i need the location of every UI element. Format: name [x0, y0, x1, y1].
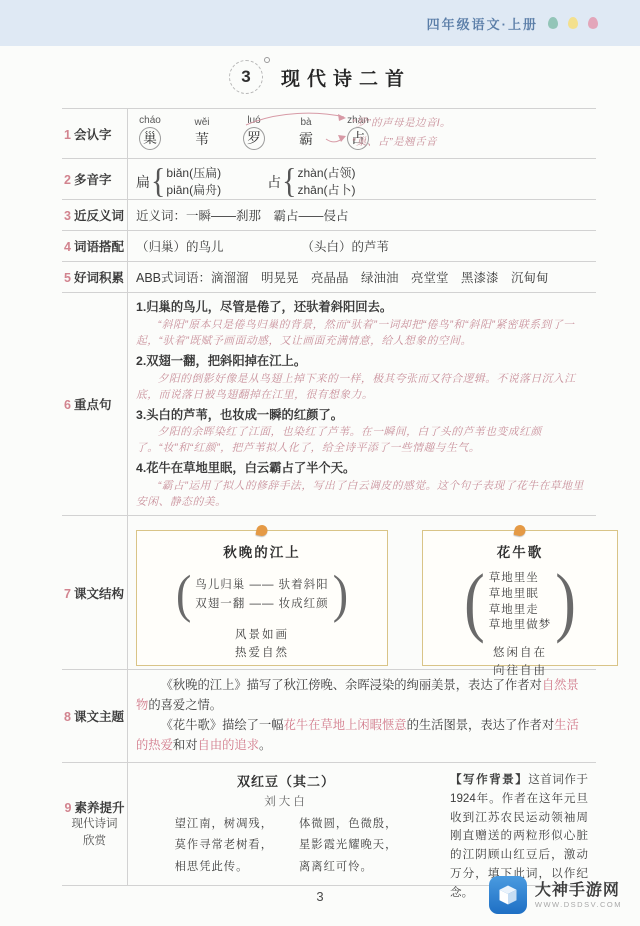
- structure-box-huaniu: 花牛歌 ( 草地里坐 草地里眠 草地里走 草地里做梦 ): [422, 530, 618, 666]
- note-line: “罗”的声母是边音l。: [352, 114, 451, 133]
- row-jinfan-content: 近义词：一瞬——刹那 霸占——侵占: [128, 200, 596, 230]
- summary-line: 悠闲自在: [493, 645, 547, 663]
- watermark-name: 大神手游网: [535, 881, 622, 900]
- lesson-number-circle: 3: [229, 60, 263, 94]
- theme-paragraph: 《花牛歌》描绘了一幅花牛在草地上闲暇惬意的生活图景，表达了作者对生活的热爱和对自…: [136, 716, 588, 756]
- verse-line: 离离红可怜。: [299, 857, 397, 878]
- polyphone-options: biǎn(压扁) piān(扁舟): [166, 165, 221, 200]
- structure-title: 秋晚的江上: [223, 541, 301, 561]
- polyphone-option: zhàn(占领): [298, 165, 356, 182]
- watermark-url: WWW.DSDSV.COM: [535, 900, 622, 909]
- row-number: 1: [64, 128, 71, 142]
- row-haoci-label: 5好词积累: [62, 262, 128, 292]
- theme-paragraph: 《秋晚的江上》描写了秋江傍晚、余晖浸染的绚丽美景，表达了作者对自然景物的喜爱之情…: [136, 676, 588, 716]
- structure-box-qiuwan: 秋晚的江上 ( 鸟儿归巢 —— 驮着斜阳 双翅一翻 —— 妆成红颜 ) 风景如画…: [136, 530, 388, 666]
- polyphone-option: zhān(占卜): [298, 182, 356, 199]
- theme-text: 的生活图景，表达了作者对: [407, 718, 555, 732]
- pushpin-icon: [255, 524, 268, 537]
- structure-line: 草地里做梦: [489, 618, 552, 634]
- row-duoyin-content: 扁 { biǎn(压扁) piān(扁舟) 占 { zhàn(占领) zhān(…: [128, 159, 596, 199]
- verse-line: 莫作寻常老树看，: [175, 835, 273, 856]
- poem-title: 双红豆（其二）: [237, 771, 335, 790]
- row-renzi-label: 1会认字: [62, 109, 128, 158]
- brace-group: ( 鸟儿归巢 —— 驮着斜阳 双翅一翻 —— 妆成红颜 ): [176, 567, 348, 620]
- hanzi: 霸: [299, 129, 313, 150]
- verse-column: 望江南，树凋残， 莫作寻常老树看， 相思凭此传。: [175, 814, 273, 878]
- key-sentence-block: 3.头白的芦苇，也妆成一瞬的红颜了。 夕阳的余晖染红了江面，也染红了芦苇。在一瞬…: [136, 407, 588, 458]
- writing-background-label: 【写作背景】: [450, 773, 528, 786]
- theme-text: 《花牛歌》描绘了一幅: [161, 718, 284, 732]
- row-label-text: 会认字: [74, 128, 112, 142]
- key-sentence: 2.双翅一翻，把斜阳掉在江上。: [136, 353, 588, 371]
- paren-open: (: [464, 558, 485, 647]
- hanzi-circled: 巢: [139, 127, 161, 150]
- row-label-text: 词语搭配: [74, 240, 124, 254]
- paren-close: ): [555, 558, 576, 647]
- note-line: “巢、占”是翘舌音: [352, 133, 451, 152]
- collocation-item: （归巢）的鸟儿: [136, 237, 224, 255]
- row-number: 7: [64, 587, 71, 601]
- brace-glyph: {: [151, 163, 165, 202]
- key-sentence-block: 2.双翅一翻，把斜阳掉在江上。 夕阳的倒影好像是从鸟翅上掉下来的一样，极其夸张而…: [136, 353, 588, 404]
- polyphone-char: 占: [267, 172, 281, 192]
- synonyms-text: 近义词：一瞬——刹那 霸占——侵占: [136, 206, 349, 224]
- row-jinfan-label: 3近反义词: [62, 200, 128, 230]
- polyphone-option: biǎn(压扁): [166, 165, 221, 182]
- key-sentence-note: 夕阳的余晖染红了江面，也染红了芦苇。在一瞬间，白了头的芦苇也变成红颜了。“妆”和…: [136, 425, 588, 457]
- verse-line: 相思凭此传。: [175, 857, 273, 878]
- polyphone-options: zhàn(占领) zhān(占卜): [298, 165, 356, 200]
- verse-line: 望江南，树凋残，: [175, 814, 273, 835]
- char-cell: wěi 苇: [188, 117, 216, 150]
- row-label-text: 素养提升: [74, 801, 124, 815]
- collocation-item: （头白）的芦苇: [302, 237, 390, 255]
- row-duoyin: 2多音字 扁 { biǎn(压扁) piān(扁舟) 占 {: [62, 159, 596, 200]
- paren-open: (: [176, 563, 191, 624]
- key-sentence: 4.花牛在草地里眠，白云霸占了半个天。: [136, 460, 588, 478]
- row-label-text: 课文结构: [74, 587, 124, 601]
- row-number: 2: [64, 173, 71, 187]
- decor-dot-yellow: [568, 17, 578, 29]
- key-sentence-block: 4.花牛在草地里眠，白云霸占了半个天。 “霸占”运用了拟人的修辞手法，写出了白云…: [136, 460, 588, 511]
- row-zhuti-content: 《秋晚的江上》描写了秋江傍晚、余晖浸染的绚丽美景，表达了作者对自然景物的喜爱之情…: [128, 670, 596, 762]
- poem-author: 刘大白: [264, 793, 308, 809]
- theme-text: 和对: [173, 738, 198, 752]
- row-duoyin-label: 2多音字: [62, 159, 128, 199]
- char-cell: luó 罗: [240, 115, 268, 150]
- header-band: 四年级语文·上册: [0, 0, 640, 46]
- polyphone-char: 扁: [136, 172, 150, 192]
- row-label-text: 好词积累: [74, 271, 124, 285]
- theme-highlight: 花牛在草地上闲暇惬意: [284, 718, 407, 732]
- summary-table: 1会认字 cháo 巢 wěi 苇 luó 罗: [62, 108, 596, 886]
- row-suyang-content: 双红豆（其二） 刘大白 望江南，树凋残， 莫作寻常老树看， 相思凭此传。 体微圆…: [128, 763, 596, 885]
- watermark-text: 大神手游网 WWW.DSDSV.COM: [535, 881, 622, 909]
- row-label-text: 多音字: [74, 173, 112, 187]
- key-sentence-note: 夕阳的倒影好像是从鸟翅上掉下来的一样，极其夸张而又符合逻辑。不说落日沉入江底，而…: [136, 372, 588, 404]
- theme-highlight: 自由的追求: [198, 738, 260, 752]
- summary-line: 风景如画: [235, 627, 289, 645]
- row-renzi-content: cháo 巢 wěi 苇 luó 罗 bà 霸: [128, 109, 596, 158]
- watermark[interactable]: 大神手游网 WWW.DSDSV.COM: [489, 876, 622, 914]
- poem-block: 双红豆（其二） 刘大白 望江南，树凋残， 莫作寻常老树看， 相思凭此传。 体微圆…: [136, 769, 436, 902]
- row-dapei-content: （归巢）的鸟儿 （头白）的芦苇: [128, 231, 596, 261]
- row-number: 9: [65, 801, 72, 815]
- lesson-number: 3: [241, 67, 250, 87]
- key-sentence-block: 1.归巢的鸟儿，尽管是倦了，还驮着斜阳回去。 “斜阳”原本只是倦鸟归巢的背景，然…: [136, 299, 588, 350]
- row-number: 8: [64, 710, 71, 724]
- abb-words-text: ABB式词语：滴溜溜 明晃晃 亮晶晶 绿油油 亮堂堂 黑漆漆 沉甸甸: [136, 268, 549, 286]
- row-zhongdian-label: 6重点句: [62, 293, 128, 515]
- edition-title: 四年级语文·上册: [427, 14, 538, 33]
- key-sentence-note: “霸占”运用了拟人的修辞手法，写出了白云调皮的感觉。这个句子表现了花牛在草地里安…: [136, 479, 588, 511]
- lesson-mark-dot: [264, 57, 270, 63]
- row-number: 3: [64, 209, 71, 223]
- row-zhongdian-content: 1.归巢的鸟儿，尽管是倦了，还驮着斜阳回去。 “斜阳”原本只是倦鸟归巢的背景，然…: [128, 293, 596, 515]
- row-label-sub: 欣赏: [64, 833, 125, 850]
- row-dapei-label: 4词语搭配: [62, 231, 128, 261]
- structure-line: 鸟儿归巢 —— 驮着斜阳: [195, 576, 328, 592]
- verse-line: 星影霞光耀晚天，: [299, 835, 397, 856]
- row-label-sub: 现代诗词: [64, 816, 125, 833]
- summary-line: 热爱自然: [235, 645, 289, 663]
- row-haoci-content: ABB式词语：滴溜溜 明晃晃 亮晶晶 绿油油 亮堂堂 黑漆漆 沉甸甸: [128, 262, 596, 292]
- row-haoci: 5好词积累 ABB式词语：滴溜溜 明晃晃 亮晶晶 绿油油 亮堂堂 黑漆漆 沉甸甸: [62, 262, 596, 293]
- pinyin: cháo: [139, 115, 161, 127]
- structure-boxes: 秋晚的江上 ( 鸟儿归巢 —— 驮着斜阳 双翅一翻 —— 妆成红颜 ) 风景如画…: [136, 522, 618, 666]
- row-jiegou-content: 秋晚的江上 ( 鸟儿归巢 —— 驮着斜阳 双翅一翻 —— 妆成红颜 ) 风景如画…: [128, 516, 626, 669]
- row-label-text: 近反义词: [74, 209, 124, 223]
- row-zhongdian: 6重点句 1.归巢的鸟儿，尽管是倦了，还驮着斜阳回去。 “斜阳”原本只是倦鸟归巢…: [62, 293, 596, 516]
- row-suyang-label: 9素养提升 现代诗词 欣赏: [62, 763, 128, 885]
- polyphone-group: 占 { zhàn(占领) zhān(占卜): [267, 165, 355, 200]
- decor-dot-teal: [548, 17, 558, 29]
- textbook-page: 四年级语文·上册 3 现代诗二首 1会认字 cháo 巢: [0, 0, 640, 926]
- row-renzi: 1会认字 cháo 巢 wěi 苇 luó 罗: [62, 109, 596, 159]
- theme-text: 《秋晚的江上》描写了秋江傍晚、余晖浸染的绚丽美景，表达了作者对: [161, 678, 542, 692]
- structure-line: 草地里走: [489, 603, 552, 619]
- lesson-title: 现代诗二首: [281, 64, 411, 91]
- polyphone-group: 扁 { biǎn(压扁) piān(扁舟): [136, 165, 221, 200]
- char-cell: bà 霸: [292, 117, 320, 150]
- theme-text: 的喜爱之情。: [148, 698, 222, 712]
- decor-dot-pink: [588, 17, 598, 29]
- structure-title: 花牛歌: [497, 541, 544, 561]
- row-number: 4: [64, 240, 71, 254]
- row-jiegou: 7课文结构 秋晚的江上 ( 鸟儿归巢 —— 驮着斜阳 双翅一翻 —— 妆成红颜: [62, 516, 596, 670]
- row-jiegou-label: 7课文结构: [62, 516, 128, 669]
- structure-lines: 鸟儿归巢 —— 驮着斜阳 双翅一翻 —— 妆成红颜: [195, 576, 328, 611]
- row-number: 5: [64, 271, 71, 285]
- row-label-text: 重点句: [74, 398, 112, 412]
- structure-line: 双翅一翻 —— 妆成红颜: [195, 595, 328, 611]
- char-cell: cháo 巢: [136, 115, 164, 150]
- structure-line: 草地里坐: [489, 571, 552, 587]
- pinyin: luó: [247, 115, 260, 127]
- cube-icon: [496, 883, 520, 907]
- key-sentence: 1.归巢的鸟儿，尽管是倦了，还驮着斜阳回去。: [136, 299, 588, 317]
- row-dapei: 4词语搭配 （归巢）的鸟儿 （头白）的芦苇: [62, 231, 596, 262]
- hanzi-circled: 罗: [243, 127, 265, 150]
- theme-text: 。: [259, 738, 271, 752]
- paren-close: ): [333, 563, 348, 624]
- key-sentence-note: “斜阳”原本只是倦鸟归巢的背景，然而“驮着”一词却把“倦鸟”和“斜阳”紧密联系到…: [136, 318, 588, 350]
- poem-verses: 望江南，树凋残， 莫作寻常老树看， 相思凭此传。 体微圆，色微殷， 星影霞光耀晚…: [175, 814, 398, 878]
- structure-lines: 草地里坐 草地里眠 草地里走 草地里做梦: [489, 571, 552, 633]
- key-sentence: 3.头白的芦苇，也妆成一瞬的红颜了。: [136, 407, 588, 425]
- row-suyang: 9素养提升 现代诗词 欣赏 双红豆（其二） 刘大白 望江南，树凋残， 莫作寻常老…: [62, 763, 596, 886]
- row-jinfan: 3近反义词 近义词：一瞬——刹那 霸占——侵占: [62, 200, 596, 231]
- hanzi: 苇: [195, 129, 209, 150]
- verse-line: 体微圆，色微殷，: [299, 814, 397, 835]
- pinyin: bà: [300, 117, 311, 129]
- polyphone-option: piān(扁舟): [166, 182, 221, 199]
- row-zhuti-label: 8课文主题: [62, 670, 128, 762]
- brace-group: ( 草地里坐 草地里眠 草地里走 草地里做梦 ): [464, 567, 576, 638]
- verse-column: 体微圆，色微殷， 星影霞光耀晚天， 离离红可怜。: [299, 814, 397, 878]
- row-label-text: 课文主题: [74, 710, 124, 724]
- structure-line: 草地里眠: [489, 587, 552, 603]
- pushpin-icon: [513, 524, 526, 537]
- structure-summary: 风景如画 热爱自然: [235, 627, 289, 663]
- handwritten-notes: “罗”的声母是边音l。 “巢、占”是翘舌音: [352, 114, 451, 152]
- lesson-header: 3 现代诗二首: [0, 46, 640, 108]
- polyphone-groups: 扁 { biǎn(压扁) piān(扁舟) 占 { zhàn(占领) zhān(…: [136, 165, 588, 200]
- row-number: 6: [64, 398, 71, 412]
- watermark-logo: [489, 876, 527, 914]
- row-zhuti: 8课文主题 《秋晚的江上》描写了秋江傍晚、余晖浸染的绚丽美景，表达了作者对自然景…: [62, 670, 596, 763]
- brace-glyph: {: [282, 163, 296, 202]
- pinyin: wěi: [194, 117, 209, 129]
